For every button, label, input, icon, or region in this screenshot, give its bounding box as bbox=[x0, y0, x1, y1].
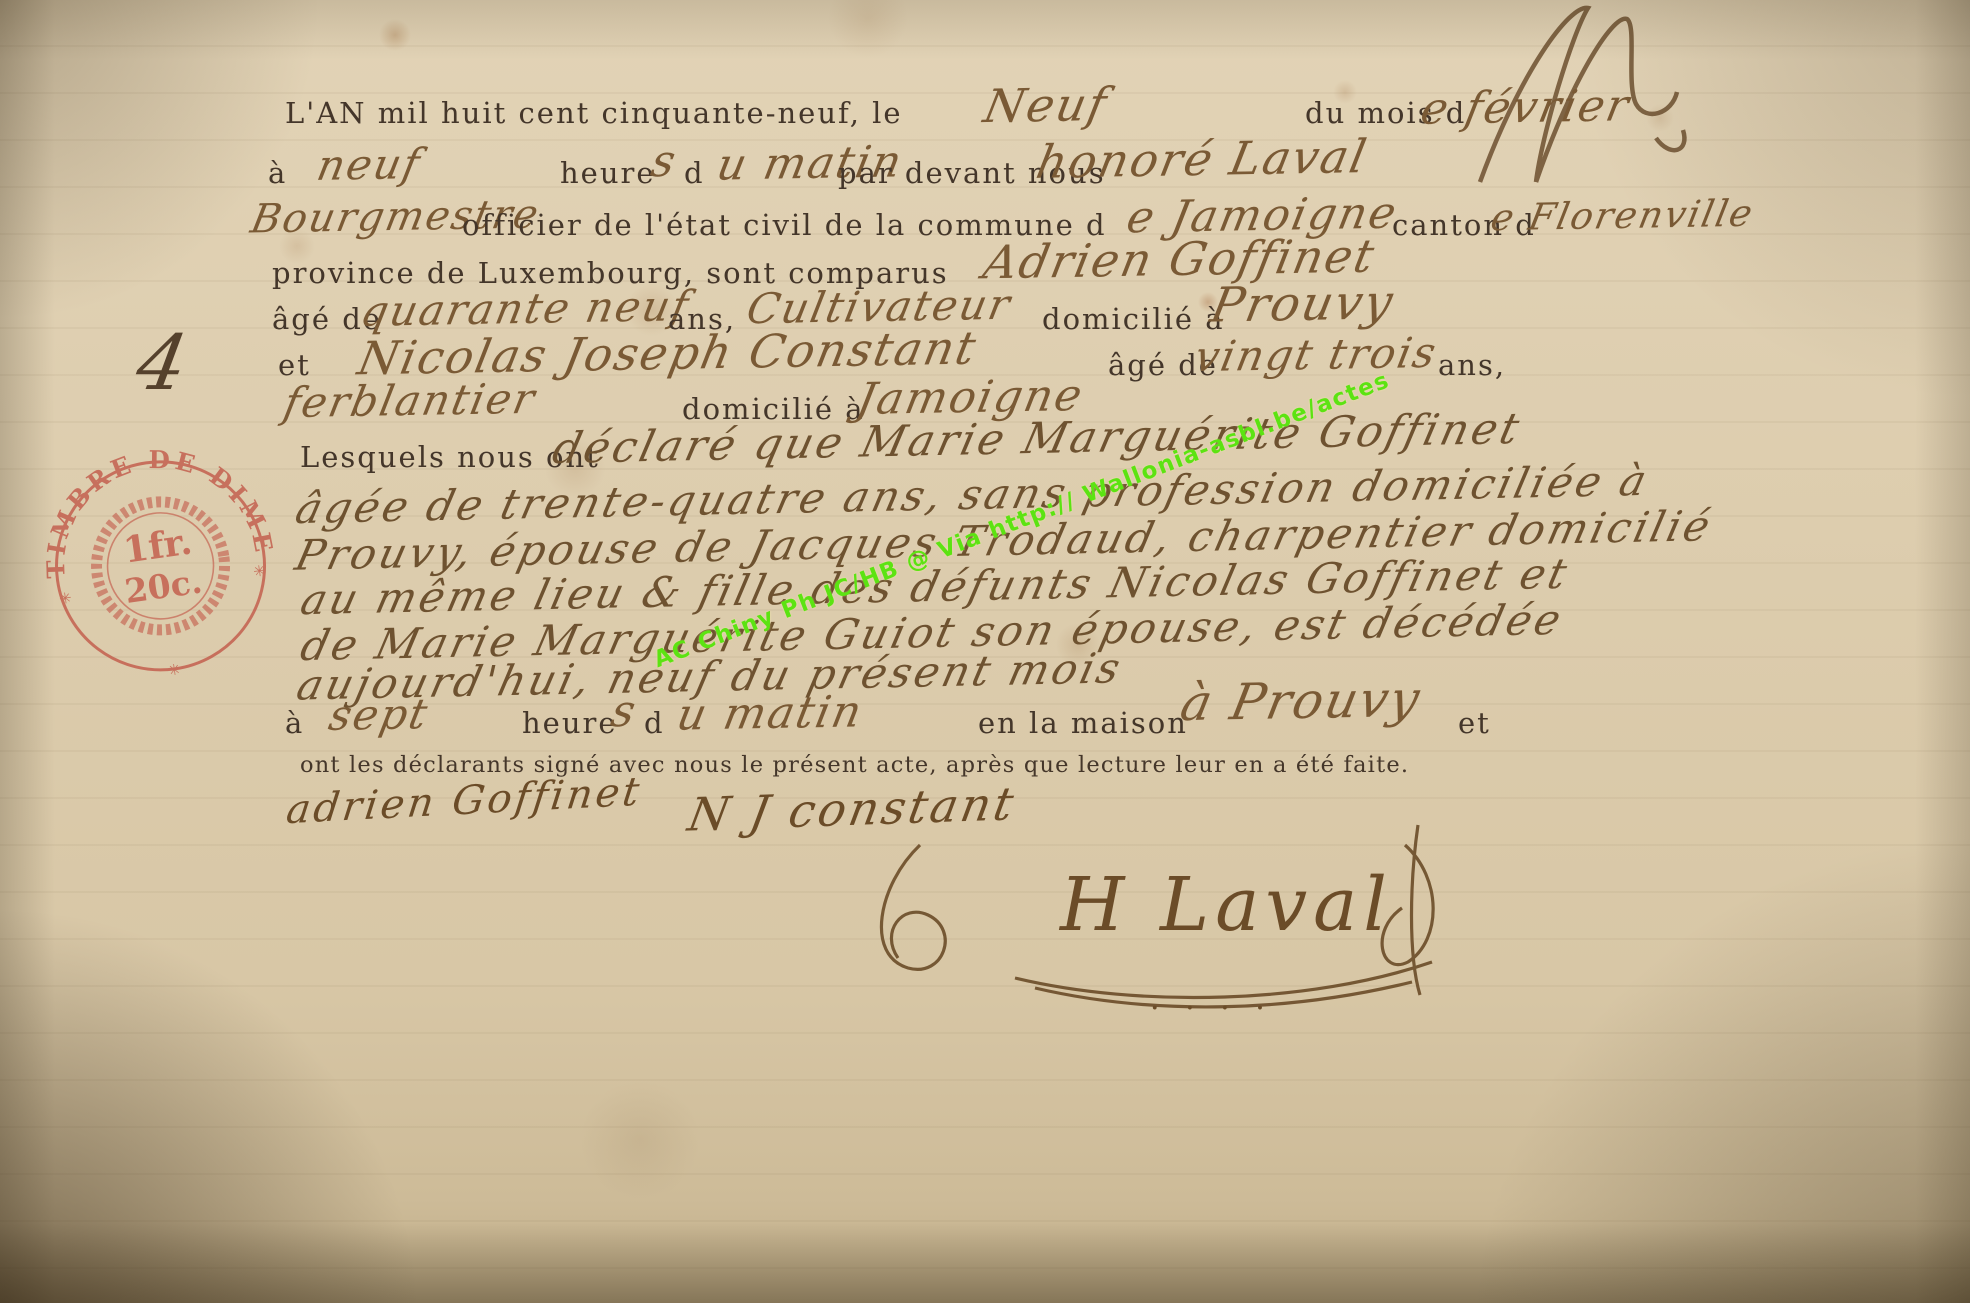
handwritten-death-place: à Prouvy bbox=[1176, 670, 1426, 732]
printed-segment: à bbox=[285, 706, 304, 740]
handwritten-letter: s bbox=[607, 686, 642, 737]
handwritten-hour: neuf bbox=[313, 139, 425, 190]
handwritten-day: Neuf bbox=[980, 77, 1113, 133]
printed-segment: en la maison bbox=[978, 706, 1188, 740]
scanned-document-page: 4 TIMBRE DE DIMENSION 1fr. 20c. ✳ ✳ ✳ L'… bbox=[0, 0, 1970, 1303]
handwritten-officer-name: honoré Laval bbox=[1032, 129, 1372, 189]
signature-officer-text: H Laval bbox=[1058, 862, 1393, 948]
printed-segment: heure bbox=[522, 706, 618, 740]
printed-closing-clause: ont les déclarants signé avec nous le pr… bbox=[300, 752, 1409, 778]
handwritten-month: e février bbox=[1417, 80, 1635, 135]
handwritten-canton: e Florenville bbox=[1487, 192, 1757, 240]
handwritten-age2: vingt trois bbox=[1191, 328, 1442, 381]
handwritten-hour2: sept bbox=[325, 689, 433, 740]
printed-segment: L'AN mil huit cent cinquante-neuf, le bbox=[285, 96, 903, 130]
form-line-1: L'AN mil huit cent cinquante-neuf, le Ne… bbox=[0, 80, 1970, 142]
handwritten-profession2: ferblantier bbox=[280, 374, 541, 427]
printed-segment: d bbox=[644, 706, 665, 740]
signature-officer: H Laval · · · · bbox=[820, 790, 1520, 1030]
handwritten-residence: Prouvy bbox=[1206, 274, 1399, 333]
printed-segment: d bbox=[684, 156, 705, 190]
handwritten-letter: s bbox=[647, 136, 682, 187]
handwritten-period2: u matin bbox=[673, 686, 868, 740]
printed-segment: heure bbox=[560, 156, 656, 190]
printed-segment: à bbox=[268, 156, 287, 190]
signature-dots: · · · · bbox=[1150, 991, 1273, 1026]
printed-segment: et bbox=[1458, 706, 1491, 740]
